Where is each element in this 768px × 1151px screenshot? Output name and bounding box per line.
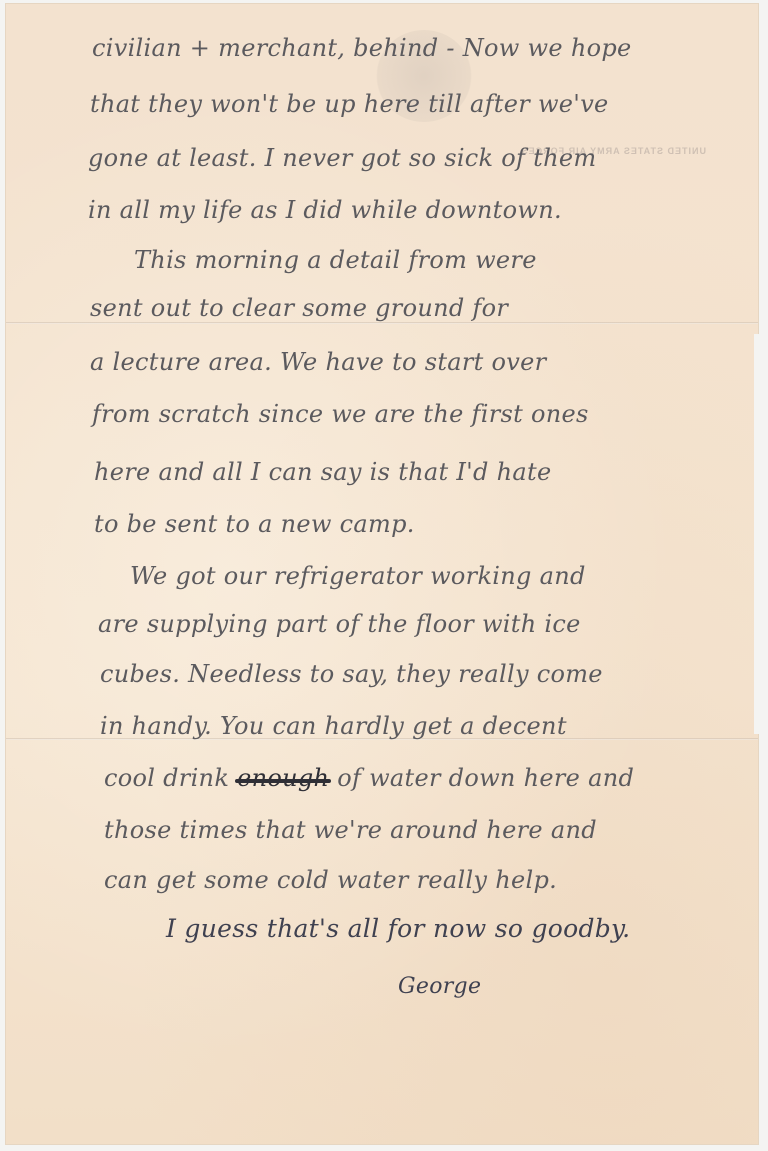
letter-line: gone at least. I never got so sick of th… <box>88 144 596 172</box>
letter-line: can get some cold water really help. <box>104 866 557 894</box>
letter-line: those times that we're around here and <box>104 816 597 844</box>
fold-crease-upper <box>6 322 758 324</box>
letter-closing: I guess that's all for now so goodby. <box>166 914 630 943</box>
letter-paragraph-start: We got our refrigerator working and <box>130 562 586 590</box>
letter-line: to be sent to a new camp. <box>94 510 415 538</box>
letter-text: of water down here and <box>337 764 634 792</box>
letter-text: cool drink <box>104 764 229 792</box>
letter-line: civilian + merchant, behind - Now we hop… <box>92 34 632 62</box>
letter-line-with-strikeout: cool drink enough of water down here and <box>104 764 634 792</box>
letter-signature: George <box>398 974 481 999</box>
letter-line: sent out to clear some ground for <box>90 294 508 322</box>
letter-line: are supplying part of the floor with ice <box>98 610 581 638</box>
page-edge-offset <box>754 334 764 734</box>
letter-paragraph-start: This morning a detail from were <box>134 246 537 274</box>
letter-line: in all my life as I did while downtown. <box>88 196 562 224</box>
struck-out-word: enough <box>237 764 329 792</box>
letter-line: a lecture area. We have to start over <box>90 348 546 376</box>
letter-line: from scratch since we are the first ones <box>92 400 589 428</box>
letter-line: in handy. You can hardly get a decent <box>100 712 567 740</box>
letter-line: here and all I can say is that I'd hate <box>94 458 551 486</box>
letter-page: UNITED STATES ARMY AIR FORCES civilian +… <box>6 4 758 1144</box>
letter-line: cubes. Needless to say, they really come <box>100 660 603 688</box>
letter-line: that they won't be up here till after we… <box>90 90 609 118</box>
